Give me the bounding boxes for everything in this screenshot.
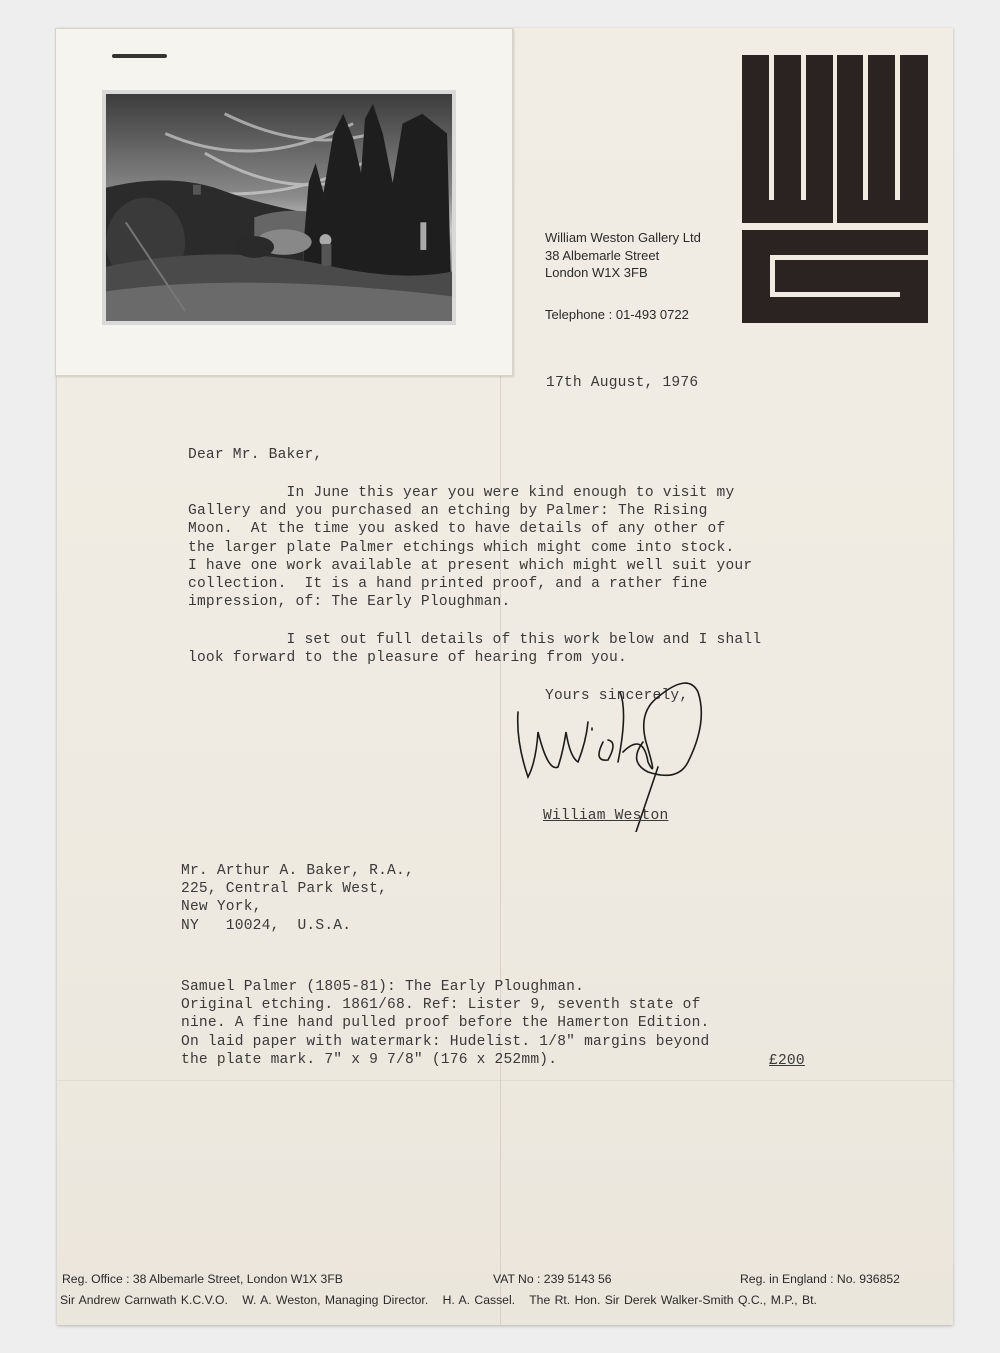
footer-reg-england: Reg. in England : No. 936852 <box>740 1272 900 1286</box>
body-paragraph-1: In June this year you were kind enough t… <box>188 484 752 611</box>
director-2: W. A. Weston, Managing Director. <box>242 1293 428 1307</box>
salutation: Dear Mr. Baker, <box>188 446 322 464</box>
body-paragraph-2: I set out full details of this work belo… <box>188 631 761 667</box>
gallery-street: 38 Albemarle Street <box>545 247 701 265</box>
artwork-description: Samuel Palmer (1805-81): The Early Ploug… <box>181 978 710 1069</box>
paper-fold-horizontal <box>57 1080 953 1081</box>
footer-vat: VAT No : 239 5143 56 <box>493 1272 612 1286</box>
gallery-city: London W1X 3FB <box>545 264 701 282</box>
letter-date: 17th August, 1976 <box>546 374 698 392</box>
director-3: H. A. Cassel. <box>443 1293 515 1307</box>
director-4: The Rt. Hon. Sir Derek Walker-Smith Q.C.… <box>529 1293 817 1307</box>
gallery-name: William Weston Gallery Ltd <box>545 229 701 247</box>
artwork-price: £200 <box>769 1052 805 1070</box>
footer-directors: Sir Andrew Carnwath K.C.V.O. W. A. Westo… <box>60 1293 827 1307</box>
wwg-logo-icon <box>742 55 928 323</box>
gallery-telephone: Telephone : 01-493 0722 <box>545 307 689 322</box>
attached-etching-card <box>55 28 513 376</box>
director-1: Sir Andrew Carnwath K.C.V.O. <box>60 1293 228 1307</box>
ink-mark <box>112 54 167 58</box>
signer-name: William Weston <box>543 807 668 825</box>
recipient-address: Mr. Arthur A. Baker, R.A., 225, Central … <box>181 862 414 935</box>
footer-reg-office: Reg. Office : 38 Albemarle Street, Londo… <box>62 1272 343 1286</box>
gallery-address: William Weston Gallery Ltd 38 Albemarle … <box>545 229 701 282</box>
etching-illustration-icon <box>106 94 452 321</box>
etching-image <box>102 90 456 325</box>
